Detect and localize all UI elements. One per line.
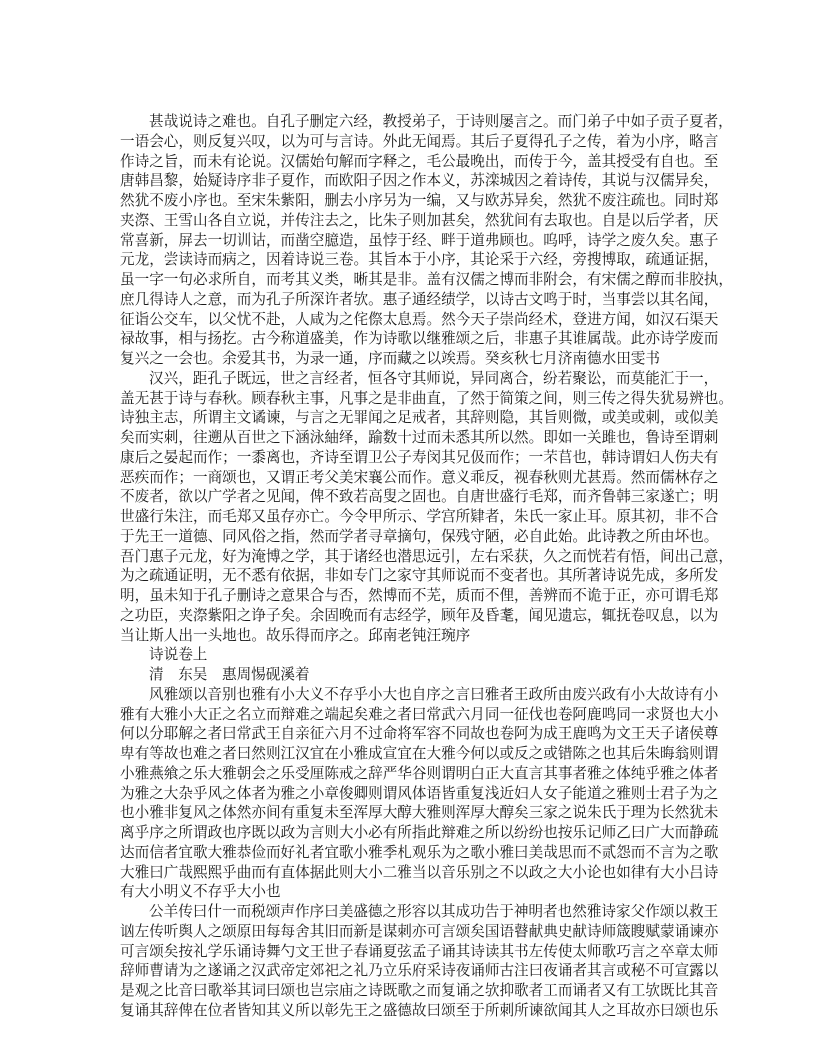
text-line: 何以分耶解之者曰常武王自亲征六月不过命将军容不同故也卷阿为成王鹿鸣为文王天子诸侯… xyxy=(120,724,697,744)
text-line: 于先王一道德、同风俗之指，然而学者寻章摘句，保残守陋，必自此始。此诗教之所由坏也… xyxy=(120,527,697,547)
text-line: 小雅燕飨之乐大雅朝会之乐受厘陈戒之辞严华谷则谓明白正大直言其事者雅之体纯乎雅之体… xyxy=(120,764,697,784)
text-line: 元龙，尝读诗而病之，因着诗说三卷。其旨本于小序，其论采于六经，旁搜博取，疏通证据… xyxy=(120,250,697,270)
text-line: 辞师曹请为之遂诵之汉武帝定郊祀之礼乃立乐府采诗夜诵师古注曰夜诵者其言或秘不可宣露… xyxy=(120,961,697,981)
text-line: 世盛行朱注，而毛郑又虽存亦亡。今令甲所示、学宫所肄者，朱氏一家止耳。原其初，非不… xyxy=(120,507,697,527)
text-line: 常喜新，屏去一切训诂，而凿空臆造，虽悖于经、畔于道弗顾也。呜呼，诗学之废久矣。惠… xyxy=(120,231,697,251)
text-line: 作诗之旨，而未有论说。汉儒始句解而字释之，毛公最晚出，而传于今，盖其授受有自也。… xyxy=(120,152,697,172)
text-line: 盖无甚于诗与春秋。顾春秋主事，凡事之是非曲直，了然于简策之间，则三传之得失犹易辨… xyxy=(120,389,697,409)
text-line: 也小雅非复风之体然亦间有重复未至浑厚大醇大雅则浑厚大醇矣三家之说朱氏于理为长然犹… xyxy=(120,803,697,823)
text-line: 卑有等故也难之者曰然则江汉宜在小雅成宣宜在大雅今何以或反之或错陈之也其后朱晦翁则… xyxy=(120,744,697,764)
text-line: 然犹不废小序也。至宋朱紫阳，删去小序另为一编，又与欧苏异矣，然犹不废注疏也。同时… xyxy=(120,191,697,211)
text-line: 复诵其辞俾在位者皆知其义所以彰先王之盛德故曰颂至于所刺所谏欲闻其人之耳故亦曰颂也… xyxy=(120,1001,697,1021)
text-line: 征诣公交车，以父忧不赴，人咸为之侘傺太息焉。然今天子崇尚经术，登进方闻，如汉石渠… xyxy=(120,310,697,330)
text-line: 唐韩昌黎，始疑诗序非子夏作，而欧阳子因之作本义，苏滦城因之着诗传，其说与汉儒异矣… xyxy=(120,171,697,191)
text-line: 矣而实刺，往遡从百世之下涵泳紬绎，踰数十过而未悉其所以然。即如一关雎也，鲁诗至谓… xyxy=(120,428,697,448)
text-line: 恶疾而作；一商颂也，又谓正考父美宋襄公而作。意义乖反，视春秋则尤甚焉。然而儒林存… xyxy=(120,468,697,488)
text-line: 诗独主志，所谓主文谲谏，与言之无罪闻之足戒者，其辞则隐，其旨则微，或美或刺，或似… xyxy=(120,408,697,428)
text-line: 康后之晏起而作；一黍离也，齐诗至谓卫公子寿闵其兄伋而作；一芣苢也，韩诗谓妇人伤夫… xyxy=(120,448,697,468)
text-line: 大雅曰广哉熙熙乎曲而有直体据此则大小二雅当以音乐别之不以政之大小论也如律有大小吕… xyxy=(120,863,697,883)
text-line: 离乎序之所谓政也序既以政为言则大小必有所指此辩难之所以纷纷也按乐记师乙曰广大而静… xyxy=(120,823,697,843)
text-line: 庶几得诗人之意，而为孔子所深许者欤。惠子通经绩学，以诗古文鸣于时，当事尝以其名闻… xyxy=(120,290,697,310)
text-line: 为雅之大杂乎风之体者为雅之小章俊卿则谓风体语皆重复浅近妇人女子能道之雅则士君子为… xyxy=(120,784,697,804)
text-line: 雅有大雅小大正之名立而辩难之端起矣难之者曰常武六月同一征伐也卷阿鹿鸣同一求贤也大… xyxy=(120,705,697,725)
text-line: 吾门惠子元龙，好为淹博之学，其于诸经也潜思远引，左右采获，久之而恍若有悟，间出己… xyxy=(120,547,697,567)
text-line: 不废者，欲以广学者之见闻，俾不致若高叟之固也。自唐世盛行毛郑，而齐鲁韩三家遂亡；… xyxy=(120,487,697,507)
text-line: 清 东吴 惠周惕砚溪着 xyxy=(120,665,697,685)
document-page: 甚哉说诗之难也。自孔子删定六经，教授弟子，于诗则屡言之。而门弟子中如子贡子夏者，… xyxy=(120,112,697,1021)
text-line: 虽一字一句必求所自，而考其义类，晰其是非。盖有汉儒之博而非附会，有宋儒之醇而非胶… xyxy=(120,270,697,290)
text-line: 禄故事，相与扬扢。古今称道盛美，作为诗歌以继雅颂之后，非惠子其谁属哉。此亦诗学废… xyxy=(120,329,697,349)
text-line: 公羊传曰什一而税颂声作序曰美盛德之形容以其成功告于神明者也然雅诗家父作颂以救王 xyxy=(120,902,697,922)
text-line: 可言颂矣按礼学乐诵诗舞勺文王世子春诵夏弦孟子诵其诗读其书左传使太师歌巧言之卒章太… xyxy=(120,942,697,962)
text-line: 有大小明义不存乎大小也 xyxy=(120,882,697,902)
text-line: 明，虽未知于孔子删诗之意果合与否，然博而不芜，质而不俚，善辨而不诡于正，亦可谓毛… xyxy=(120,586,697,606)
text-line: 复兴之一会也。余爱其书，为录一通，序而藏之以竢焉。癸亥秋七月济南德水田雯书 xyxy=(120,349,697,369)
text-line: 当让斯人出一头地也。故乐得而序之。邱南老钝汪琬序 xyxy=(120,626,697,646)
text-line: 夹漈、王雪山各自立说，并传注去之，比朱子则加甚矣，然犹间有去取也。自是以后学者，… xyxy=(120,211,697,231)
text-line: 为之疏通证明，无不悉有依据，非如专门之家守其师说而不变者也。其所著诗说先成，多所… xyxy=(120,566,697,586)
text-line: 诗说卷上 xyxy=(120,645,697,665)
text-line: 风雅颂以音别也雅有小大义不存乎小大也自序之言曰雅者王政所由废兴政有小大故诗有小 xyxy=(120,685,697,705)
text-line: 是观之比音曰歌举其词曰颂也岂宗庙之诗既歌之而复诵之欤抑歌者工而诵者又有工欤既比其… xyxy=(120,981,697,1001)
text-line: 之功臣，夹漈紫阳之诤子矣。余固晚而有志经学，顾年及昏耄，闻见遗忘，辄抚卷叹息，以… xyxy=(120,606,697,626)
text-line: 达而信者宜歌大雅恭俭而好礼者宜歌小雅季札观乐为之歌小雅曰美哉思而不贰怨而不言为之… xyxy=(120,843,697,863)
text-line: 一语会心，则反复兴叹，以为可与言诗。外此无闻焉。其后子夏得孔子之传，着为小序，略… xyxy=(120,132,697,152)
text-line: 汉兴，距孔子既远，世之言经者，恒各守其师说，异同离合，纷若聚讼，而莫能汇于一， xyxy=(120,369,697,389)
text-line: 甚哉说诗之难也。自孔子删定六经，教授弟子，于诗则屡言之。而门弟子中如子贡子夏者， xyxy=(120,112,697,132)
text-line: 讻左传听舆人之颂原田每每舍其旧而新是谋刺亦可言颂矣国语瞽献典史献诗师箴瞍赋蒙诵谏… xyxy=(120,922,697,942)
